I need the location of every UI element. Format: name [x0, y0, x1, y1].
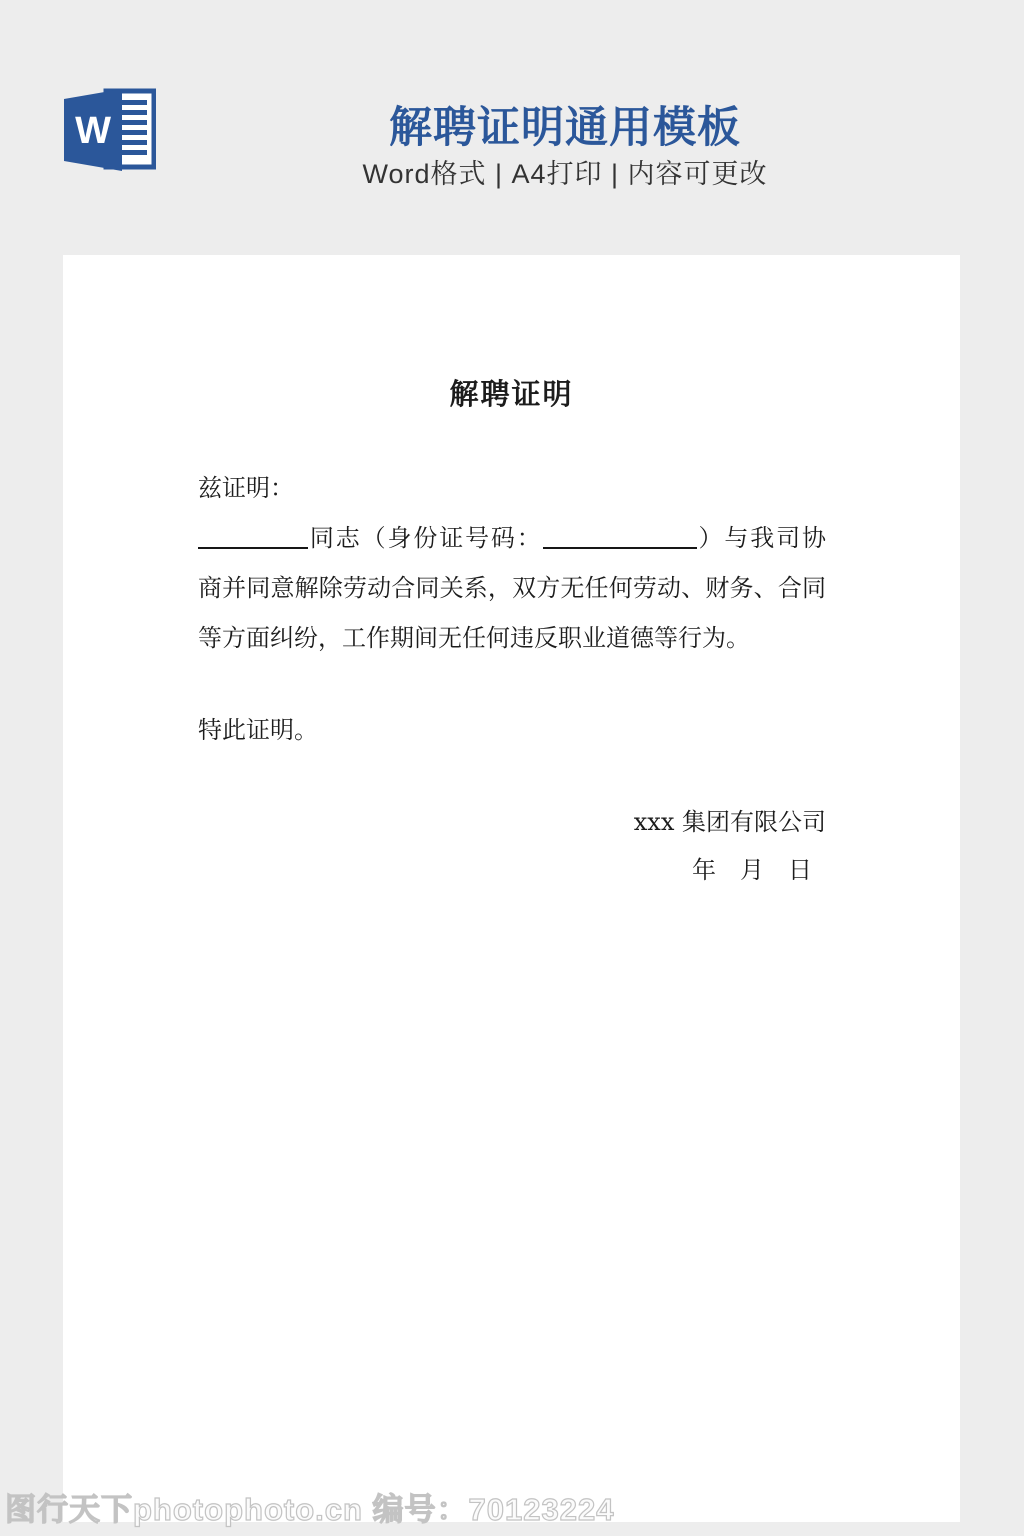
paragraph-line1-text-b: ）与我司协 [697, 524, 826, 552]
document-title: 解聘证明 [63, 372, 960, 413]
salutation-line: 兹证明： [198, 463, 826, 513]
site-watermark: 图行天下photophoto.cn 编号：70123224 [5, 1484, 614, 1529]
page-title: 解聘证明通用模板 [389, 94, 741, 155]
id-number-blank-underline [543, 525, 697, 549]
signature-date: 年 月 日 [198, 845, 826, 895]
body-paragraph: 同志（身份证号码：）与我司协 商并同意解除劳动合同关系，双方无任何劳动、财务、合… [198, 513, 826, 663]
paragraph-line-3: 等方面纠纷，工作期间无任何违反职业道德等行为。 [198, 613, 826, 663]
document-page: 解聘证明 兹证明： 同志（身份证号码：）与我司协 商并同意解除劳动合同关系，双方… [63, 255, 960, 1522]
paragraph-line-1: 同志（身份证号码：）与我司协 [198, 513, 826, 563]
page-subtitle: Word格式 | A4打印 | 内容可更改 [362, 152, 767, 191]
name-blank-underline [198, 525, 308, 549]
paragraph-line1-text-a: 同志（身份证号码： [308, 524, 543, 552]
closing-line: 特此证明。 [198, 705, 826, 755]
word-letter: W [75, 110, 111, 152]
word-logo-icon: W [64, 88, 156, 172]
paragraph-line-2: 商并同意解除劳动合同关系，双方无任何劳动、财务、合同 [198, 563, 826, 613]
signature-company: xxx 集团有限公司 [198, 797, 826, 847]
